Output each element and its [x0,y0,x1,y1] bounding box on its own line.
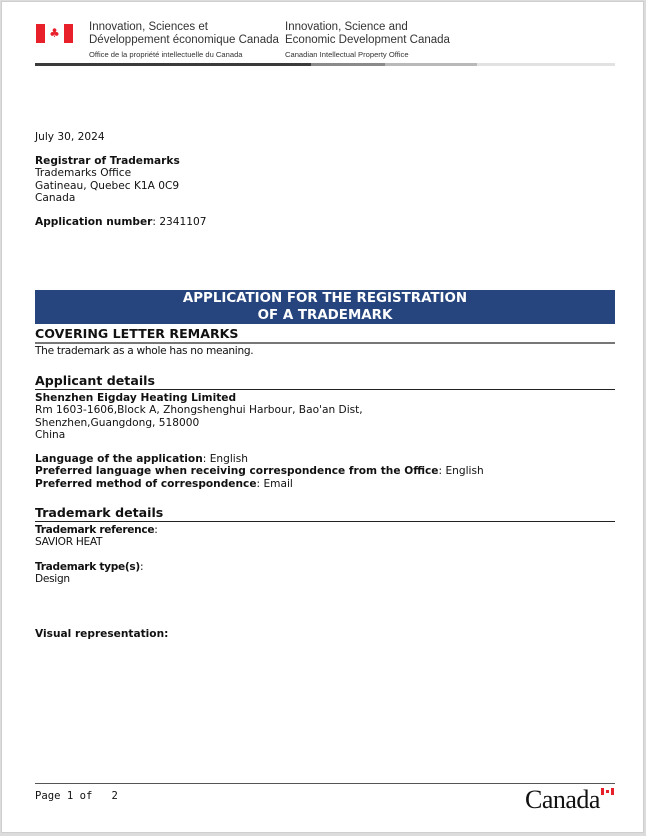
department-name-fr: Innovation, Sciences et Développement éc… [89,21,279,60]
trademark-reference: Trademark reference: SAVIOR HEAT [35,524,158,549]
header-rule [35,63,615,66]
applicant-name: Shenzhen Eigday Heating Limited [35,392,236,404]
recipient-block: Registrar of Trademarks Trademarks Offic… [35,155,180,205]
page-number: Page 1 of 2 [35,790,118,802]
recipient-name: Registrar of Trademarks [35,155,180,167]
recipient-line: Canada [35,192,180,204]
page-header: ♣ Innovation, Sciences et Développement … [35,21,615,67]
applicant-country: China [35,429,363,441]
document-title-banner: APPLICATION FOR THE REGISTRATION OF A TR… [35,290,615,324]
recipient-line: Gatineau, Quebec K1A 0C9 [35,180,180,192]
covering-letter-heading: COVERING LETTER REMARKS [35,326,615,344]
applicant-address: Shenzhen,Guangdong, 518000 [35,417,363,429]
applicant-block: Shenzhen Eigday Heating Limited Rm 1603-… [35,392,363,442]
application-language: Language of the application: English [35,453,484,465]
covering-letter-text: The trademark as a whole has no meaning. [35,345,253,357]
trademark-type: Trademark type(s): Design [35,561,144,586]
canada-flag-icon: ♣ [36,24,73,43]
application-number-value: 2341107 [159,216,206,228]
trademark-type-value: Design [35,573,144,585]
preferred-correspondence: Preferred method of correspondence: Emai… [35,478,484,490]
visual-representation-label: Visual representation: [35,628,168,640]
trademark-heading: Trademark details [35,505,615,522]
trademark-reference-value: SAVIOR HEAT [35,536,158,548]
applicant-heading: Applicant details [35,373,615,390]
applicant-address: Rm 1603-1606,Block A, Zhongshenghui Harb… [35,404,363,416]
language-block: Language of the application: English Pre… [35,453,484,490]
letter-date: July 30, 2024 [35,131,105,143]
department-name-en: Innovation, Science and Economic Develop… [285,21,450,60]
recipient-line: Trademarks Office [35,167,180,179]
preferred-language: Preferred language when receiving corres… [35,465,484,477]
canada-wordmark-flag-icon [601,788,614,795]
footer-rule [35,783,615,784]
document-page: ♣ Innovation, Sciences et Développement … [1,1,644,833]
canada-wordmark: Canada [525,787,600,813]
application-number: Application number: 2341107 [35,216,207,228]
